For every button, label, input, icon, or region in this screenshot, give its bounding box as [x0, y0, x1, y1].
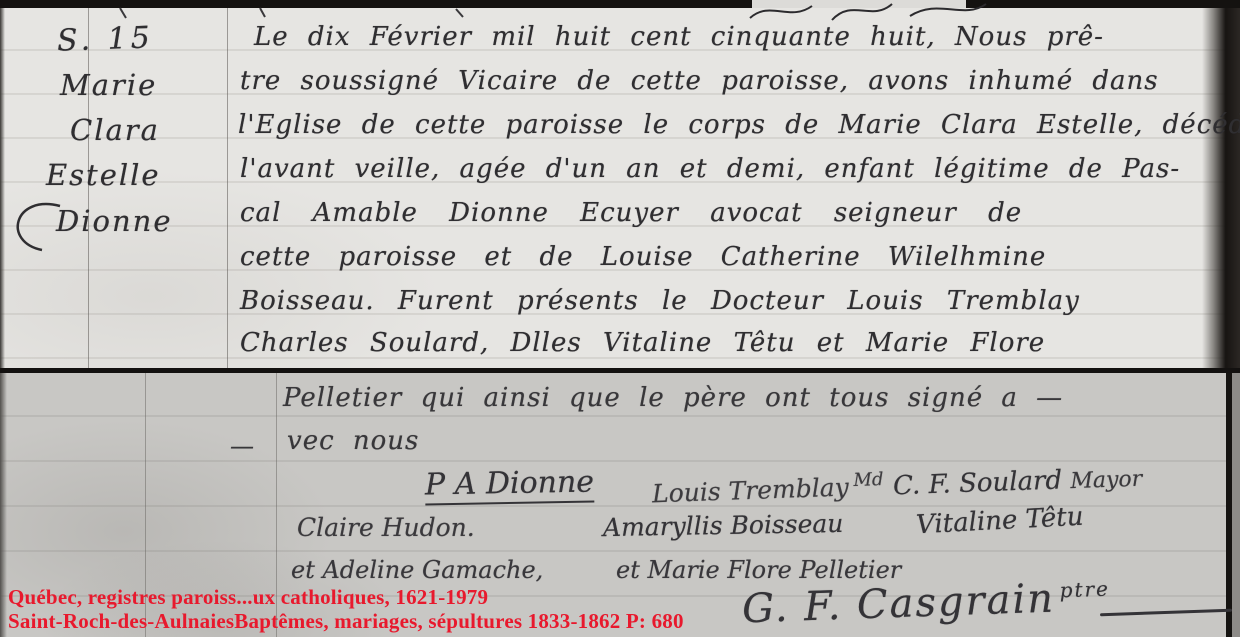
signature-text: et Marie Flore Pelletier: [616, 556, 901, 584]
act-text-line: l'Eglise de cette paroisse le corps de M…: [238, 110, 1240, 140]
signature-title: Mayor: [1070, 467, 1143, 494]
page-left-edge: [0, 373, 7, 637]
text-column-rule: [227, 8, 228, 368]
signature-text: et Adeline Gamache,: [291, 556, 543, 584]
signature-text: Amaryllis Boisseau: [603, 509, 844, 542]
act-text-line: cal Amable Dionne Ecuyer avocat seigneur…: [240, 198, 1022, 228]
act-text-line: l'avant veille, agée d'un an et demi, en…: [240, 154, 1180, 184]
signature-text: P A Dionne: [425, 465, 595, 506]
act-text-line: Boisseau. Furent présents le Docteur Lou…: [240, 286, 1080, 316]
signature-text: Claire Hudon.: [297, 513, 475, 542]
margin-dash: —: [230, 432, 255, 460]
parish-register-scan: S. 15 Marie Clara Estelle Dionne Le dix …: [0, 0, 1240, 637]
margin-name-clara: Clara: [70, 113, 160, 147]
signature-title: ptre: [1059, 576, 1110, 602]
act-text-line: Charles Soulard, Dlles Vitaline Têtu et …: [240, 328, 1045, 358]
signature-claire-hudon: Claire Hudon.: [297, 513, 475, 542]
page-right-edge: [1232, 373, 1240, 637]
descender-marks: [100, 6, 700, 22]
signature-amaryllis-boisseau: Amaryllis Boisseau: [603, 509, 844, 542]
signature-flourish: [2, 196, 72, 258]
signature-marie-flore-pelletier: et Marie Flore Pelletier: [616, 556, 901, 584]
margin-name-marie: Marie: [60, 68, 157, 102]
act-text-line: Le dix Février mil huit cent cinquante h…: [254, 22, 1104, 52]
entry-number: S. 15: [56, 20, 154, 58]
margin-name-estelle: Estelle: [46, 158, 161, 192]
signature-text: C. F. Soulard: [893, 465, 1063, 501]
act-continuation-line: Pelletier qui ainsi que le père ont tous…: [283, 383, 1063, 413]
signature-adeline-gamache: et Adeline Gamache,: [291, 556, 543, 584]
page-left-edge: [0, 8, 5, 368]
act-continuation-line: vec nous: [287, 426, 419, 456]
signature-title: Md: [853, 469, 884, 491]
act-text-line: cette paroisse et de Louise Catherine Wi…: [240, 242, 1046, 272]
margin-name-dionne: Dionne: [56, 204, 173, 238]
act-text-line: tre soussigné Vicaire de cette paroisse,…: [240, 66, 1159, 96]
source-citation-line-1: Québec, registres paroiss...ux catholiqu…: [8, 585, 488, 609]
signature-pa-dionne: P A Dionne: [425, 465, 595, 503]
source-citation-line-2: Saint-Roch-des-AulnaiesBaptêmes, mariage…: [8, 609, 684, 633]
clipped-handwriting-fragment: [740, 0, 990, 24]
book-gutter-shadow: [1202, 8, 1240, 368]
